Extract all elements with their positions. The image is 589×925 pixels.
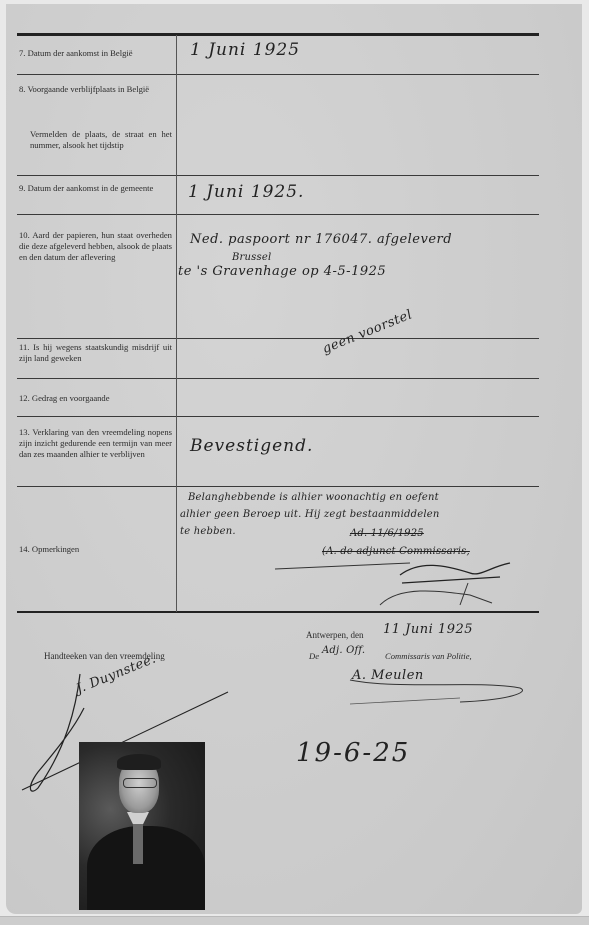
official-title-prefix: De [309,651,319,661]
column-divider [176,35,177,612]
photo-jacket [87,826,205,910]
portrait-photo [79,742,205,910]
photo-glasses [123,778,157,788]
row-label-text: Datum der aankomst in de gemeente [28,183,154,193]
row-14-remark-line3: te hebben. [180,526,236,537]
row-9-label: 9. Datum der aankomst in de gemeente [19,183,172,194]
row-13-value: Bevestigend. [190,436,313,456]
row-10-insert: Brussel [232,252,271,263]
row-divider [17,214,539,215]
row-number: 12. [19,393,30,403]
row-number: 11. [19,342,29,352]
row-10-value-line1: Ned. paspoort nr 176047. afgeleverd [190,232,452,247]
row-divider [17,486,539,487]
photo-tie [133,824,143,864]
row-12-label: 12. Gedrag en voorgaande [19,393,172,404]
row-number: 13. [19,427,30,437]
row-label-text: Opmerkingen [32,544,79,554]
row-divider [17,416,539,417]
row-label-text: Is hij wegens staatskundig misdrijf uit … [19,342,172,363]
row-label-text: Datum der aankomst in België [28,48,133,58]
row-divider [17,338,539,339]
row-number: 14. [19,544,30,554]
table-top-rule [17,33,539,36]
row-13-label: 13. Verklaring van den vreemdeling nopen… [19,427,172,460]
row-14-struck-date: Ad. 11/6/1925 [350,528,424,539]
row-number: 9. [19,183,25,193]
row-divider [17,74,539,75]
photo-hair [117,754,161,770]
row-divider [17,378,539,379]
row-label-text: Voorgaande verblijfplaats in België [27,84,149,94]
row-number: 8. [19,84,25,94]
row-10-label: 10. Aard der papieren, hun staat overhed… [19,230,172,263]
official-title-insert: Adj. Off. [322,645,365,656]
row-9-value: 1 Juni 1925. [188,182,304,202]
stamp-date: 19-6-25 [296,738,410,768]
place-date-value: 11 Juni 1925 [383,622,473,637]
place-date-label: Antwerpen, den [306,630,363,640]
row-number: 7. [19,48,25,58]
row-11-label: 11. Is hij wegens staatskundig misdrijf … [19,342,172,364]
row-7-label: 7. Datum der aankomst in België [19,48,172,59]
row-label-text: Gedrag en voorgaande [32,393,110,403]
official-signature-flourish [340,660,540,710]
row-14-remark-line2: alhier geen Beroep uit. Hij zegt bestaan… [180,509,440,520]
row-14-struck-signature [270,555,530,615]
row-label-text: Verklaring van den vreemdeling nopens zi… [19,427,172,459]
row-8-sublabel: Vermelden de plaats, de straat en het nu… [30,129,172,151]
row-label-text: Aard der papieren, hun staat overheden d… [19,230,172,262]
row-8-label: 8. Voorgaande verblijfplaats in België [19,84,172,95]
page-edge-below [0,916,589,925]
row-number: 10. [19,230,30,240]
row-divider [17,175,539,176]
row-14-label: 14. Opmerkingen [19,544,172,555]
row-7-value: 1 Juni 1925 [190,40,300,60]
row-14-remark-line1: Belanghebbende is alhier woonachtig en o… [188,492,439,503]
row-10-value-line2: te 's Gravenhage op 4-5-1925 [178,264,386,279]
